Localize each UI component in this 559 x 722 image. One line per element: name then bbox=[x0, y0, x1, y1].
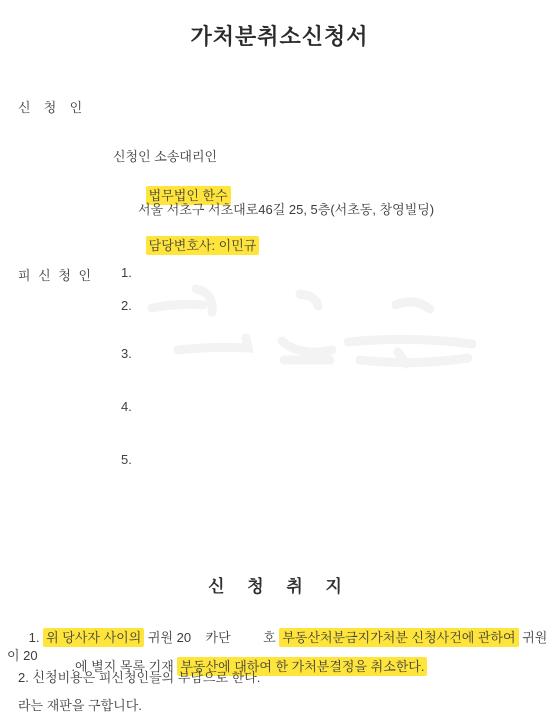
applicant-label: 신 청 인 bbox=[18, 97, 84, 116]
respondent-item-3: 3. bbox=[121, 346, 132, 361]
document-title: 가처분취소신청서 bbox=[0, 20, 559, 51]
respondent-item-5: 5. bbox=[121, 452, 132, 467]
respondent-label: 피 신 청 인 bbox=[18, 265, 93, 284]
respondent-item-2: 2. bbox=[121, 298, 132, 313]
respondent-item-1: 1. bbox=[121, 265, 132, 280]
attorney-name: 담당변호사: 이민규 bbox=[146, 236, 260, 255]
representative-intro: 신청인 소송대리인 bbox=[113, 146, 217, 165]
document-page: 가처분취소신청서 신 청 인 신청인 소송대리인 법무법인 한수 서울 서초구 … bbox=[0, 0, 559, 722]
purpose-line-3: 2. 신청비용은 피신청인들의 부담으로 한다. bbox=[18, 669, 260, 687]
purpose-line-4: 라는 재판을 구합니다. bbox=[18, 697, 142, 715]
purpose-heading: 신 청 취 지 bbox=[0, 572, 559, 597]
attorney-line: 담당변호사: 이민규 bbox=[124, 220, 259, 269]
respondent-item-4: 4. bbox=[121, 399, 132, 414]
law-firm-address: 서울 서초구 서초대로46길 25, 5층(서초동, 창영빌딩) bbox=[138, 199, 434, 218]
